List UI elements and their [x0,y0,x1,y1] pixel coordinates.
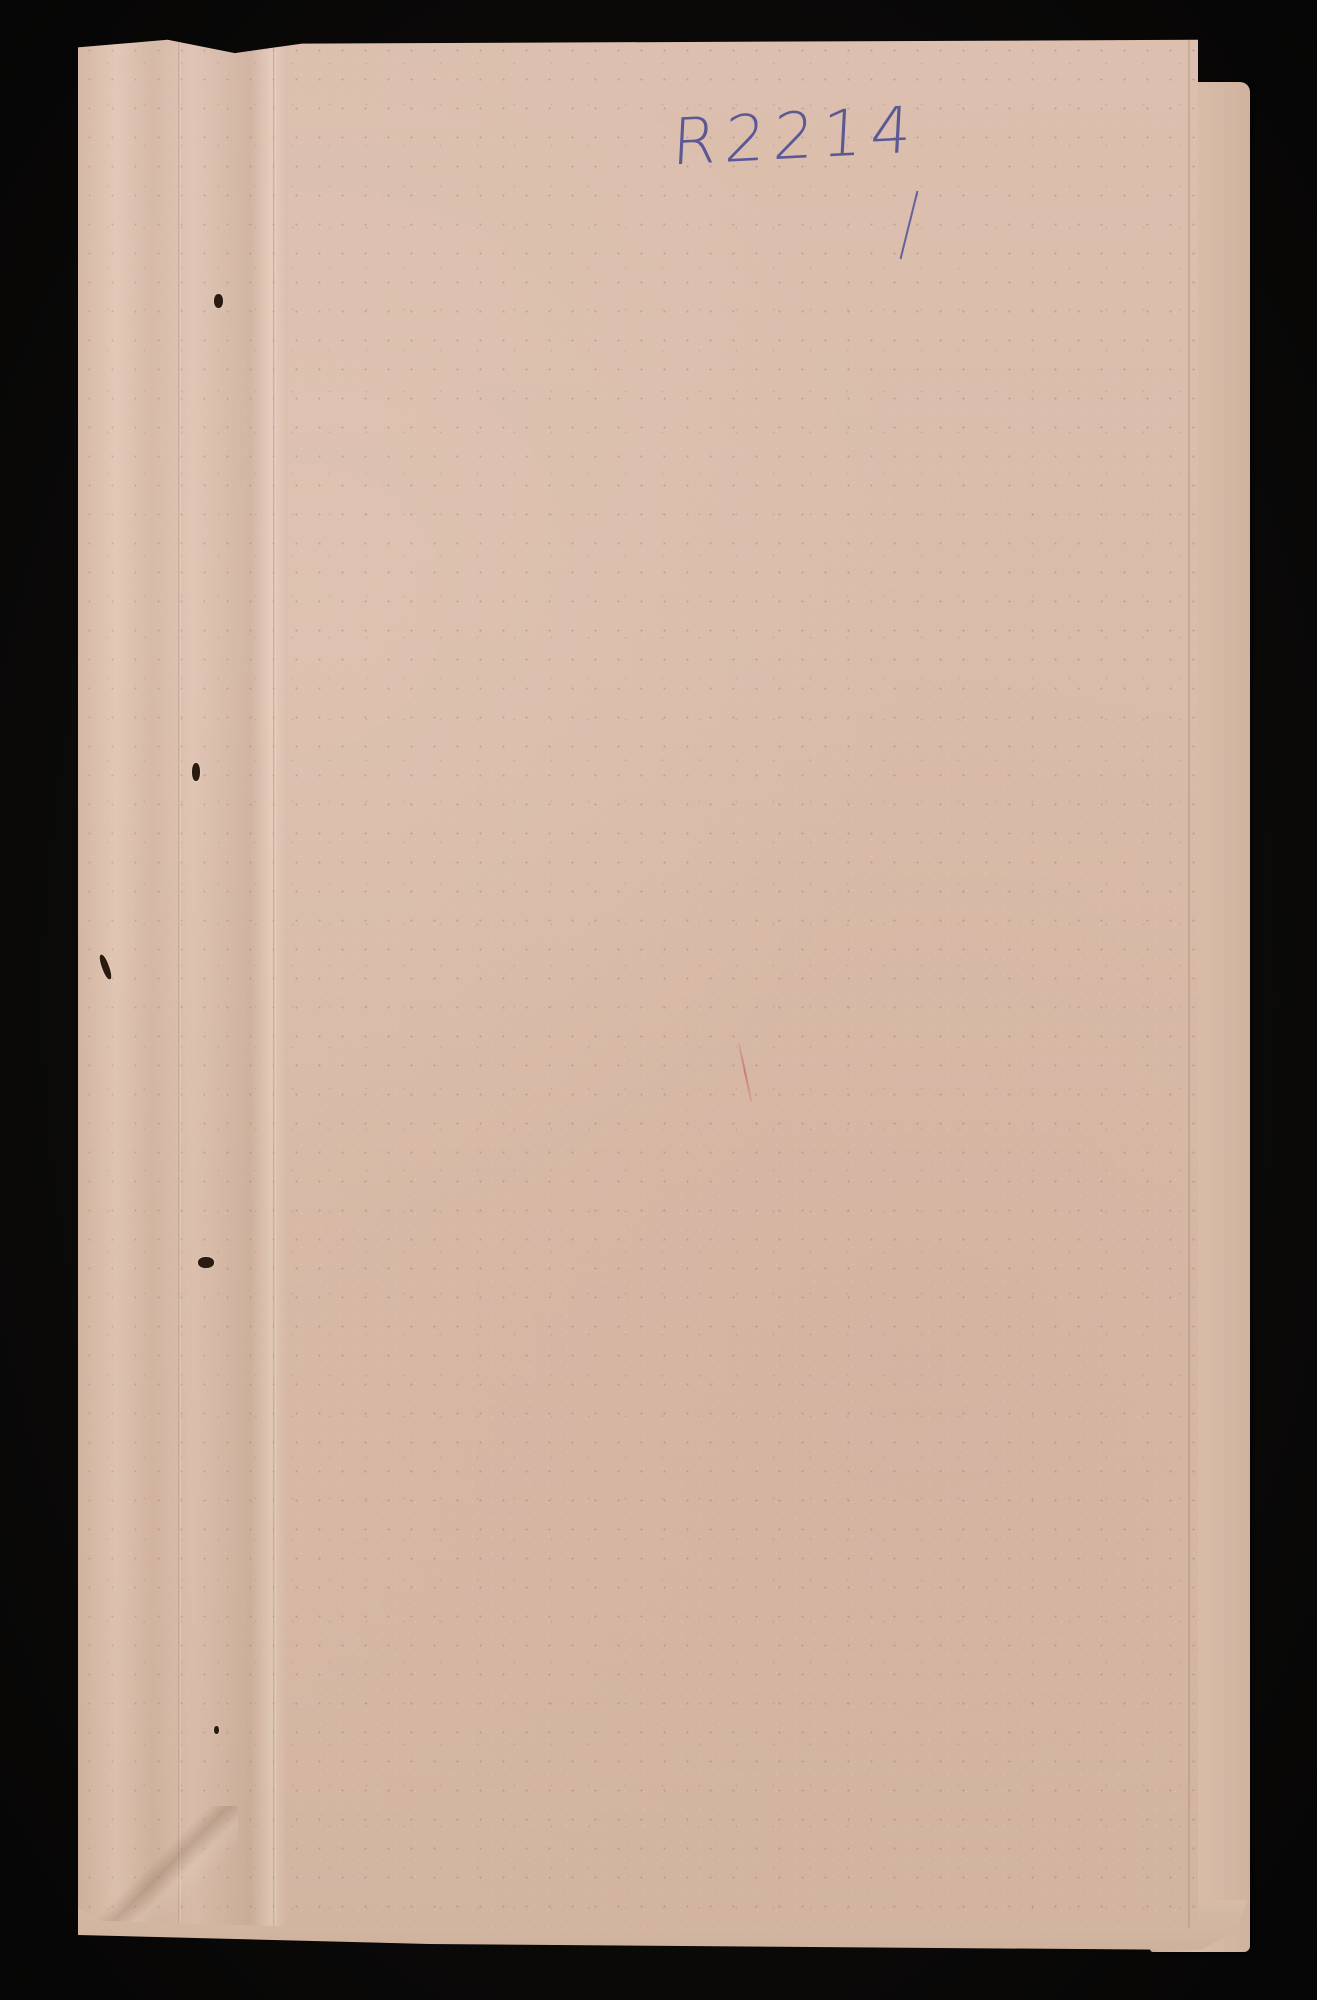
scan-background: R2214 [0,0,1317,2000]
binding-hole-icon [214,1726,219,1734]
fold-line [178,36,181,1936]
spine-fold-area [78,36,288,1936]
binding-hole-icon [192,763,200,781]
binding-hole-icon [198,1257,214,1268]
corner-crease [78,1806,238,1936]
fold-line [1188,36,1190,1936]
binding-hole-icon [214,294,223,308]
handwritten-shelfmark: R2214 [670,93,921,180]
folder-cover [78,36,1198,1936]
fold-line [273,36,276,1936]
